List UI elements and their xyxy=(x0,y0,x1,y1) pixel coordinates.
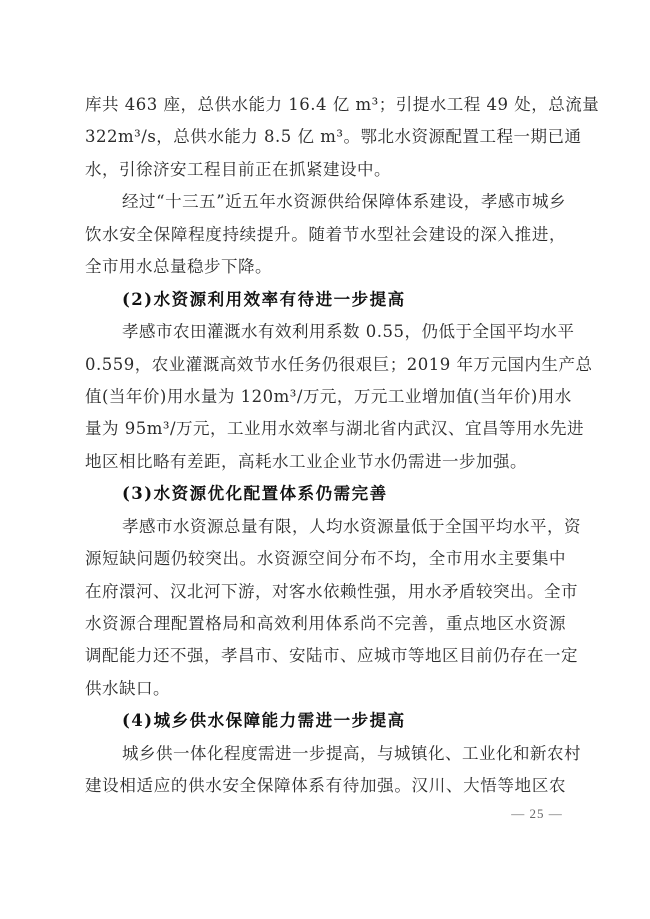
text-line: 水，引徐济安工程目前正在抓紧建设中。 xyxy=(85,154,566,186)
text-line: 0.559，农业灌溉高效节水任务仍很艰巨；2019 年万元国内生产总 xyxy=(85,349,566,381)
text-line: 供水缺口。 xyxy=(85,673,566,705)
paragraph-start-line: 城乡供一体化程度需进一步提高，与城镇化、工业化和新农村 xyxy=(85,738,566,770)
text-line: 322m³/s，总供水能力 8.5 亿 m³。鄂北水资源配置工程一期已通 xyxy=(85,121,566,153)
text-line: 源短缺问题仍较突出。水资源空间分布不均，全市用水主要集中 xyxy=(85,543,566,575)
text-line: 水资源合理配置格局和高效利用体系尚不完善，重点地区水资源 xyxy=(85,608,566,640)
page-number: — 25 — xyxy=(508,806,566,822)
text-line: 地区相比略有差距，高耗水工业企业节水仍需进一步加强。 xyxy=(85,446,566,478)
section-heading-2: (2)水资源利用效率有待进一步提高 xyxy=(85,284,566,316)
text-line: 建设相适应的供水安全保障体系有待加强。汉川、大悟等地区农 xyxy=(85,770,566,802)
text-line: 全市用水总量稳步下降。 xyxy=(85,251,566,283)
text-line: 库共 463 座，总供水能力 16.4 亿 m³；引提水工程 49 处，总流量 xyxy=(85,89,566,121)
section-heading-4: (4)城乡供水保障能力需进一步提高 xyxy=(85,705,566,737)
document-page: 库共 463 座，总供水能力 16.4 亿 m³；引提水工程 49 处，总流量 … xyxy=(85,89,566,803)
text-line: 饮水安全保障程度持续提升。随着节水型社会建设的深入推进， xyxy=(85,219,566,251)
text-line: 值(当年价)用水量为 120m³/万元，万元工业增加值(当年价)用水 xyxy=(85,381,566,413)
paragraph-start-line: 经过“十三五”近五年水资源供给保障体系建设，孝感市城乡 xyxy=(85,186,566,218)
text-line: 量为 95m³/万元，工业用水效率与湖北省内武汉、宜昌等用水先进 xyxy=(85,413,566,445)
paragraph-start-line: 孝感市农田灌溉水有效利用系数 0.55，仍低于全国平均水平 xyxy=(85,316,566,348)
text-line: 在府澴河、汉北河下游，对客水依赖性强，用水矛盾较突出。全市 xyxy=(85,576,566,608)
paragraph-start-line: 孝感市水资源总量有限，人均水资源量低于全国平均水平，资 xyxy=(85,511,566,543)
section-heading-3: (3)水资源优化配置体系仍需完善 xyxy=(85,478,566,510)
text-line: 调配能力还不强，孝昌市、安陆市、应城市等地区目前仍存在一定 xyxy=(85,640,566,672)
